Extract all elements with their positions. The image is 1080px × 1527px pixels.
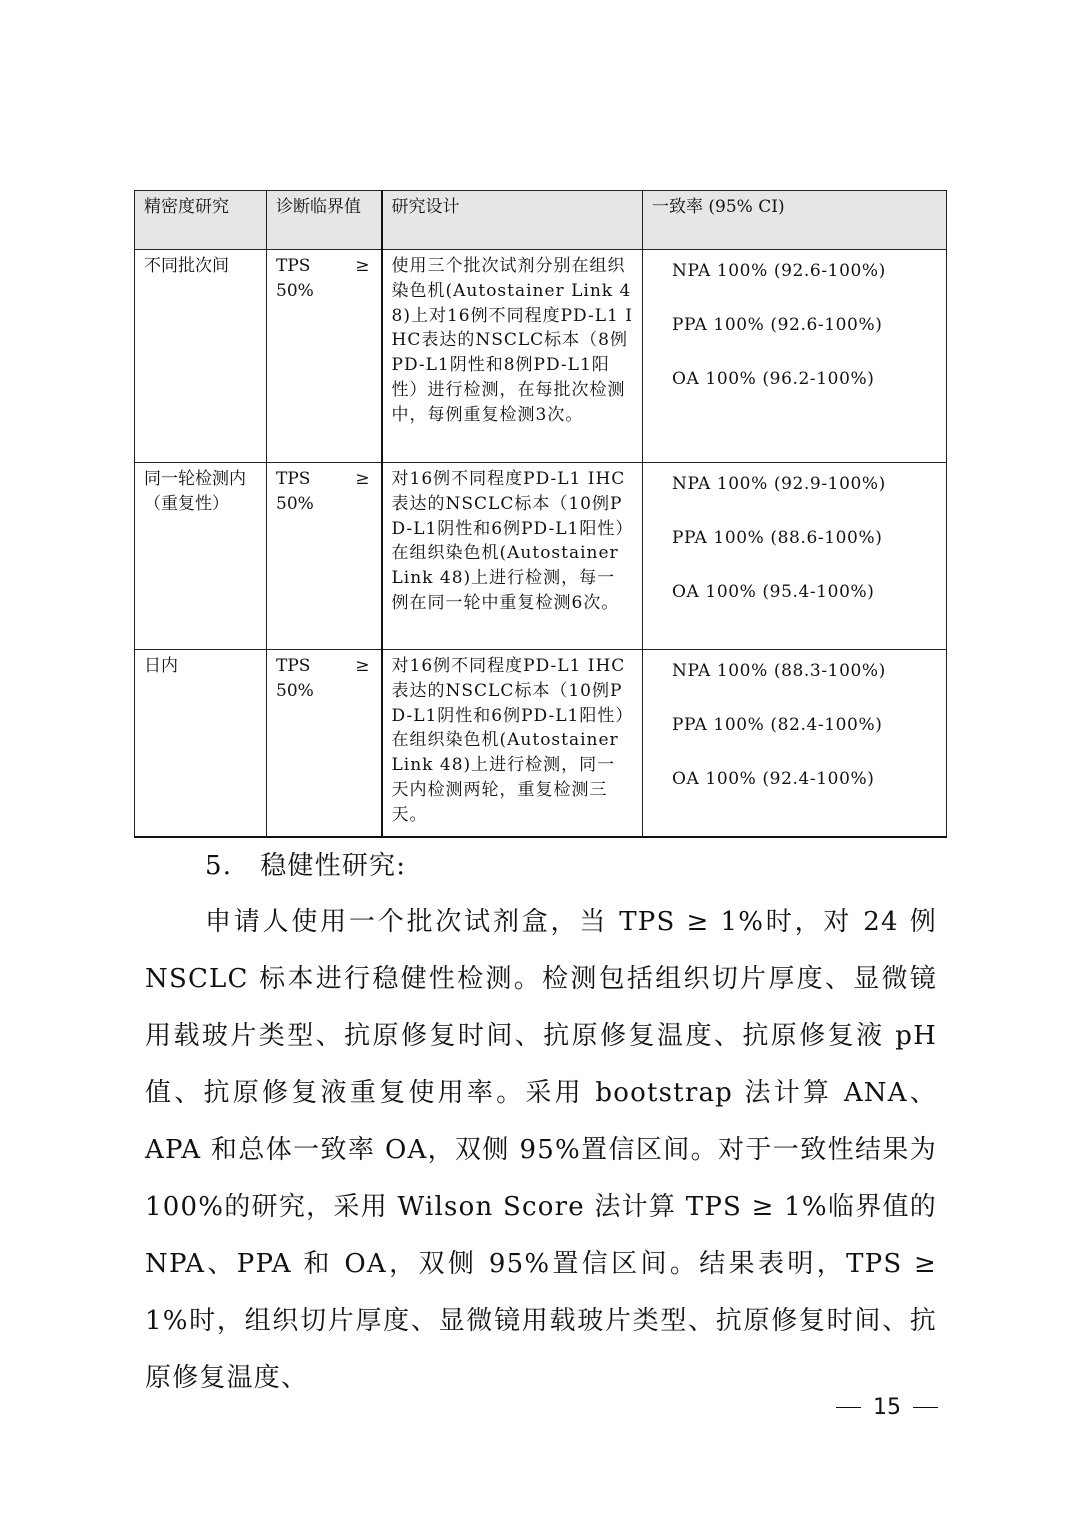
precision-study-table: 精密度研究 诊断临界值 研究设计 一致率 (95% CI) 不同批次间 TPS … [134,190,947,838]
study-name: 不同批次间 [135,250,267,463]
cutoff-value: 50% [276,492,372,517]
study-design: 对16例不同程度PD-L1 IHC表达的NSCLC标本（10例PD-L1阴性和6… [382,650,643,838]
cutoff-value: 50% [276,279,372,304]
gte-symbol: ≥ [355,254,369,279]
study-design: 使用三个批次试剂分别在组织染色机(Autostainer Link 48)上对1… [382,250,643,463]
npa-value: NPA 100% (92.6-100%) [672,259,937,313]
page-number: 15 [873,1395,901,1420]
agreement-cell: NPA 100% (92.6-100%) PPA 100% (92.6-100%… [643,250,947,463]
study-name: 日内 [135,650,267,838]
cutoff-label: TPS [276,254,310,279]
cutoff-label: TPS [276,467,310,492]
ppa-value: PPA 100% (92.6-100%) [672,313,937,367]
oa-value: OA 100% (92.4-100%) [672,767,937,821]
section-number: 5. [205,851,232,881]
cutoff-cell: TPS ≥ 50% [267,463,382,650]
study-name: 同一轮检测内（重复性） [135,463,267,650]
footer-dash-left [836,1407,861,1409]
oa-value: OA 100% (95.4-100%) [672,580,937,634]
body-paragraph: 申请人使用一个批次试剂盒，当 TPS ≥ 1%时，对 24 例 NSCLC 标本… [145,894,937,1407]
oa-value: OA 100% (96.2-100%) [672,367,937,421]
header-study-design: 研究设计 [382,191,643,250]
table-row: 不同批次间 TPS ≥ 50% 使用三个批次试剂分别在组织染色机(Autosta… [135,250,947,463]
gte-symbol: ≥ [355,654,369,679]
cutoff-value: 50% [276,679,372,704]
table-header-row: 精密度研究 诊断临界值 研究设计 一致率 (95% CI) [135,191,947,250]
cutoff-cell: TPS ≥ 50% [267,250,382,463]
document-page: 精密度研究 诊断临界值 研究设计 一致率 (95% CI) 不同批次间 TPS … [0,0,1080,1527]
section-title: 稳健性研究: [260,851,406,881]
agreement-cell: NPA 100% (88.3-100%) PPA 100% (82.4-100%… [643,650,947,838]
cutoff-label: TPS [276,654,310,679]
header-agreement: 一致率 (95% CI) [643,191,947,250]
header-precision-study: 精密度研究 [135,191,267,250]
ppa-value: PPA 100% (82.4-100%) [672,713,937,767]
gte-symbol: ≥ [355,467,369,492]
page-footer: 15 [836,1395,938,1420]
npa-value: NPA 100% (88.3-100%) [672,659,937,713]
footer-dash-right [913,1407,938,1409]
cutoff-cell: TPS ≥ 50% [267,650,382,838]
header-cutoff: 诊断临界值 [267,191,382,250]
table-row: 同一轮检测内（重复性） TPS ≥ 50% 对16例不同程度PD-L1 IHC表… [135,463,947,650]
table-row: 日内 TPS ≥ 50% 对16例不同程度PD-L1 IHC表达的NSCLC标本… [135,650,947,838]
study-design: 对16例不同程度PD-L1 IHC表达的NSCLC标本（10例PD-L1阴性和6… [382,463,643,650]
section-heading: 5.稳健性研究: [205,838,997,895]
npa-value: NPA 100% (92.9-100%) [672,472,937,526]
ppa-value: PPA 100% (88.6-100%) [672,526,937,580]
agreement-cell: NPA 100% (92.9-100%) PPA 100% (88.6-100%… [643,463,947,650]
